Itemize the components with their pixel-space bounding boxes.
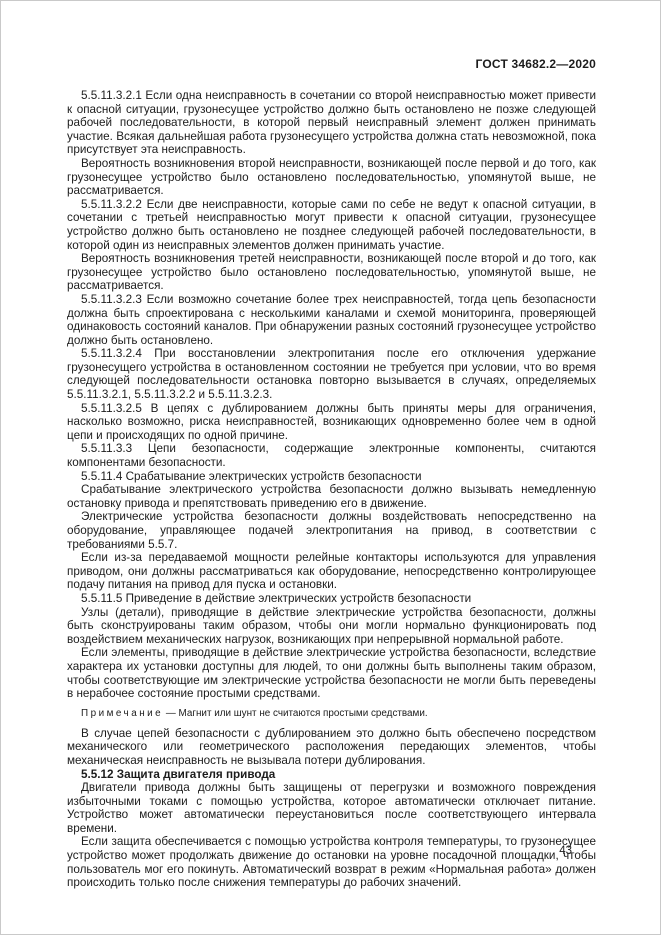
- body-paragraph: Вероятность возникновения второй неиспра…: [67, 157, 596, 198]
- body-paragraph: В случае цепей безопасности с дублирован…: [67, 727, 596, 768]
- body-paragraph: 5.5.11.3.3 Цепи безопасности, содержащие…: [67, 442, 596, 469]
- body-paragraph: 5.5.11.4 Срабатывание электрических устр…: [67, 470, 596, 484]
- document-body: 5.5.11.3.2.1 Если одна неисправность в с…: [67, 89, 596, 890]
- body-paragraph: 5.5.11.3.2.1 Если одна неисправность в с…: [67, 89, 596, 157]
- body-paragraph: 5.5.11.3.2.4 При восстановлении электроп…: [67, 347, 596, 401]
- body-paragraph: 5.5.11.5 Приведение в действие электриче…: [67, 592, 596, 606]
- body-paragraph: Электрические устройства безопасности до…: [67, 510, 596, 551]
- body-paragraph: 5.5.11.3.2.5 В цепях с дублированием дол…: [67, 402, 596, 443]
- running-header: ГОСТ 34682.2—2020: [476, 57, 596, 71]
- body-paragraph: Если защита обеспечивается с помощью уст…: [67, 835, 596, 889]
- body-paragraph: Узлы (детали), приводящие в действие эле…: [67, 606, 596, 647]
- body-paragraph: Двигатели привода должны быть защищены о…: [67, 781, 596, 835]
- body-paragraph: Срабатывание электрического устройства б…: [67, 483, 596, 510]
- section-heading: 5.5.12 Защита двигателя привода: [67, 768, 596, 782]
- body-paragraph: 5.5.11.3.2.2 Если две неисправности, кот…: [67, 198, 596, 252]
- document-page: ГОСТ 34682.2—2020 5.5.11.3.2.1 Если одна…: [0, 0, 661, 935]
- note-label: Примечание: [81, 708, 163, 719]
- note-text: — Магнит или шунт не считаются простыми …: [166, 708, 428, 719]
- body-paragraph: Вероятность возникновения третей неиспра…: [67, 252, 596, 293]
- body-paragraph: Если из-за передаваемой мощности релейны…: [67, 551, 596, 592]
- body-paragraph: Если элементы, приводящие в действие эле…: [67, 646, 596, 700]
- page-number: 43: [559, 845, 572, 857]
- body-paragraph: 5.5.11.3.2.3 Если возможно сочетание бол…: [67, 293, 596, 347]
- note-paragraph: Примечание — Магнит или шунт не считаютс…: [67, 708, 596, 720]
